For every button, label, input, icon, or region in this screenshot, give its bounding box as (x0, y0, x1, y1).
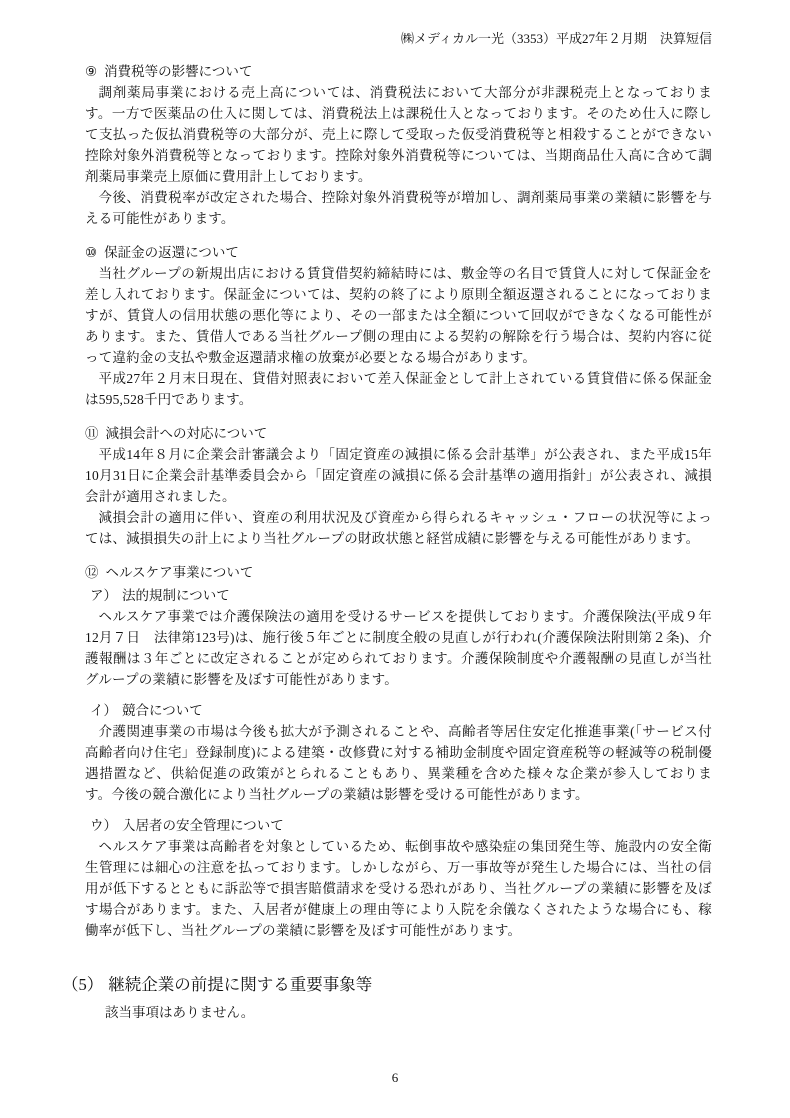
paragraph: 介護関連事業の市場は今後も拡大が予測されることや、高齢者等居住安定化推進事業(「… (85, 721, 712, 805)
section-heading: ⑨消費税等の影響について (85, 61, 712, 82)
document-content: ⑨消費税等の影響について 調剤薬局事業における売上高については、消費税法において… (85, 61, 712, 1023)
paragraph: 減損会計の適用に伴い、資産の利用状況及び資産から得られるキャッシュ・フローの状況… (85, 507, 712, 549)
going-concern-title: 継続企業の前提に関する重要事象等 (108, 975, 372, 994)
section-going-concern: （5）継続企業の前提に関する重要事象等 該当事項はありません。 (85, 973, 712, 1023)
section-number: ⑪ (85, 426, 99, 441)
section-guarantee-deposit: ⑩保証金の返還について 当社グループの新規出店における賃貸借契約締結時には、敷金… (85, 242, 712, 410)
page-number: 6 (0, 1070, 790, 1086)
going-concern-body: 該当事項はありません。 (85, 1002, 712, 1023)
subsection-heading: ウ）入居者の安全管理について (85, 815, 712, 836)
section-healthcare: ⑫ヘルスケア事業について ア）法的規制について ヘルスケア事業では介護保険法の適… (85, 562, 712, 941)
paragraph: ヘルスケア事業は高齢者を対象としているため、転倒事故や感染症の集団発生等、施設内… (85, 836, 712, 941)
section-number: ⑨ (85, 64, 97, 79)
section-title: 保証金の返還について (104, 245, 239, 260)
section-title: 消費税等の影響について (104, 64, 252, 79)
section-impairment-accounting: ⑪減損会計への対応について 平成14年８月に企業会計審議会より「固定資産の減損に… (85, 423, 712, 549)
section-consumption-tax: ⑨消費税等の影響について 調剤薬局事業における売上高については、消費税法において… (85, 61, 712, 229)
document-header: ㈱メディカル一光（3353）平成27年２月期 決算短信 (85, 30, 712, 48)
section-number: ⑩ (85, 245, 97, 260)
paragraph: 平成14年８月に企業会計審議会より「固定資産の減損に係る会計基準」が公表され、ま… (85, 444, 712, 507)
section-title: ヘルスケア事業について (106, 565, 254, 580)
subsection-heading: ア）法的規制について (85, 585, 712, 606)
paragraph: 調剤薬局事業における売上高については、消費税法において大部分が非課税売上となって… (85, 82, 712, 187)
document-page: ㈱メディカル一光（3353）平成27年２月期 決算短信 ⑨消費税等の影響について… (0, 0, 790, 1118)
section-heading: ⑪減損会計への対応について (85, 423, 712, 444)
section-title: 減損会計への対応について (106, 426, 268, 441)
section-heading: ⑩保証金の返還について (85, 242, 712, 263)
subsection-title: 競合について (122, 703, 203, 718)
subsection-number: イ） (90, 703, 117, 718)
subsection-number: ウ） (90, 818, 117, 833)
paragraph: 平成27年２月末日現在、貸借対照表において差入保証金として計上されている賃貸借に… (85, 368, 712, 410)
subsection-legal-regulation: ア）法的規制について ヘルスケア事業では介護保険法の適用を受けるサービスを提供し… (85, 585, 712, 690)
paragraph: 今後、消費税率が改定された場合、控除対象外消費税等が増加し、調剤薬局事業の業績に… (85, 187, 712, 229)
paragraph: 当社グループの新規出店における賃貸借契約締結時には、敷金等の名目で賃貸人に対して… (85, 263, 712, 368)
paragraph: ヘルスケア事業では介護保険法の適用を受けるサービスを提供しております。介護保険法… (85, 606, 712, 690)
subsection-title: 法的規制について (122, 588, 230, 603)
subsection-title: 入居者の安全管理について (122, 818, 284, 833)
going-concern-heading: （5）継続企業の前提に関する重要事象等 (62, 973, 712, 997)
going-concern-number: （5） (62, 975, 103, 994)
subsection-number: ア） (90, 588, 117, 603)
subsection-competition: イ）競合について 介護関連事業の市場は今後も拡大が予測されることや、高齢者等居住… (85, 700, 712, 805)
subsection-heading: イ）競合について (85, 700, 712, 721)
section-heading: ⑫ヘルスケア事業について (85, 562, 712, 583)
section-number: ⑫ (85, 565, 99, 580)
subsection-resident-safety: ウ）入居者の安全管理について ヘルスケア事業は高齢者を対象としているため、転倒事… (85, 815, 712, 941)
